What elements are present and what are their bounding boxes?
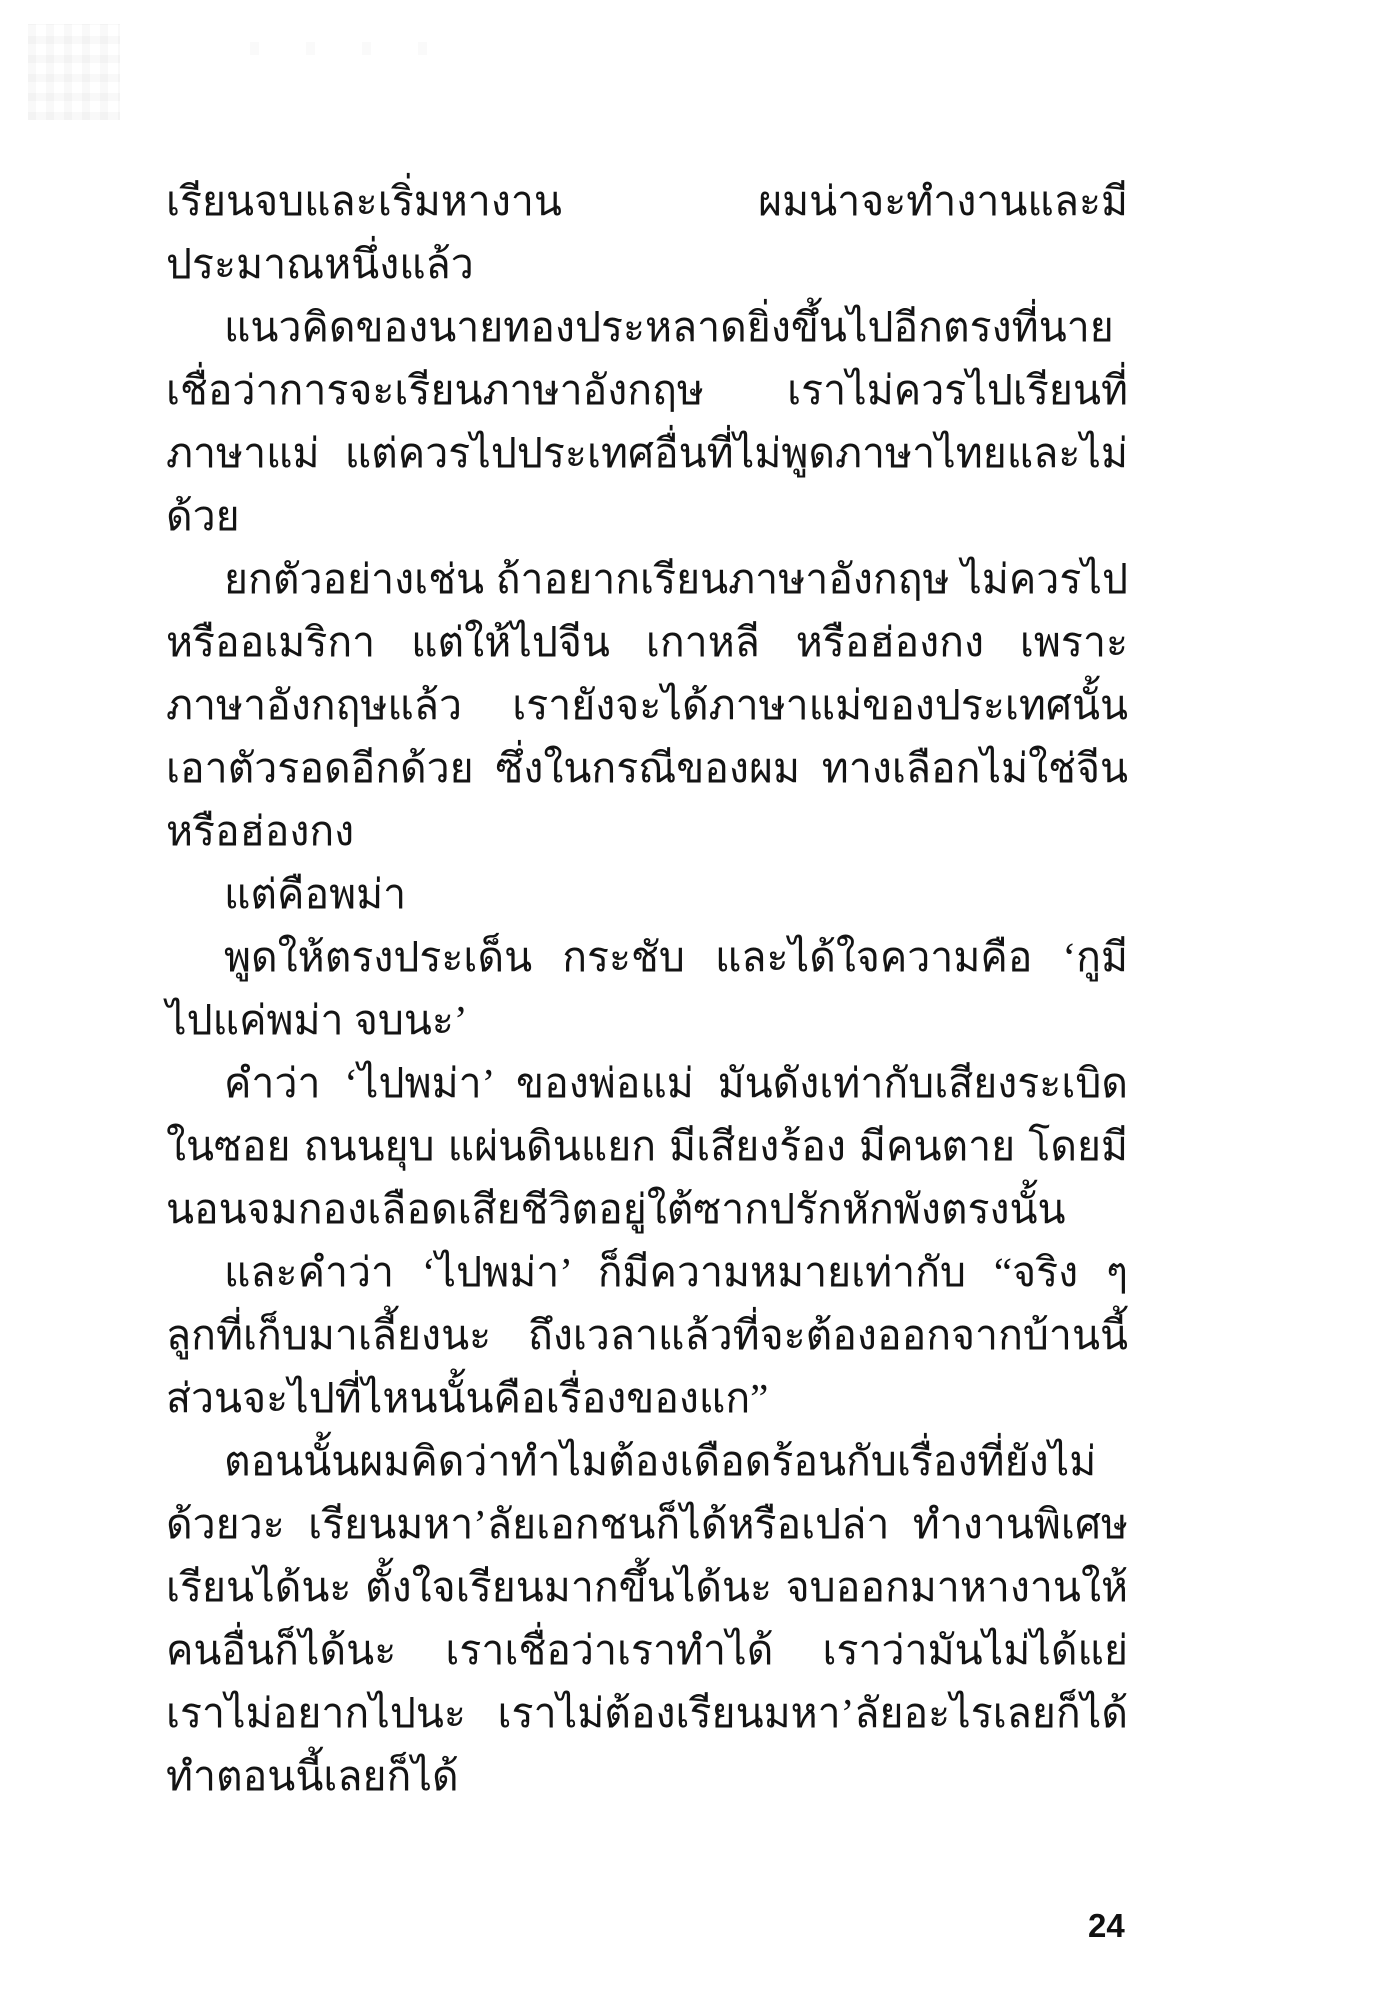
book-page: เรียนจบและเริ่มหางาน ผมน่าจะทำงานและมีปร…: [0, 0, 1400, 2016]
text-line: ด้วยวะ เรียนมหา’ลัยเอกชนก็ได้หรือเปล่า ท…: [166, 1493, 1128, 1556]
text-line: แต่คือพม่า: [166, 863, 1128, 926]
scan-artifact: [250, 42, 259, 55]
text-line: คำว่า ‘ไปพม่า’ ของพ่อแม่ มันดังเท่ากับเส…: [166, 1052, 1128, 1115]
text-line: ลูกที่เก็บมาเลี้ยงนะ ถึงเวลาแล้วที่จะต้อ…: [166, 1304, 1128, 1367]
text-line: ในซอย ถนนยุบ แผ่นดินแยก มีเสียงร้อง มีคน…: [166, 1115, 1128, 1178]
text-line: คนอื่นก็ได้นะ เราเชื่อว่าเราทำได้ เราว่า…: [166, 1619, 1128, 1682]
text-line: และคำว่า ‘ไปพม่า’ ก็มีความหมายเท่ากับ “จ…: [166, 1241, 1128, 1304]
text-line: ภาษาแม่ แต่ควรไปประเทศอื่นที่ไม่พูดภาษาไ…: [166, 422, 1128, 485]
text-line: ตอนนั้นผมคิดว่าทำไมต้องเดือดร้อนกับเรื่อ…: [166, 1430, 1128, 1493]
text-line: เรียนจบและเริ่มหางาน ผมน่าจะทำงานและมีปร…: [166, 170, 1128, 233]
text-line: ส่วนจะไปที่ไหนนั้นคือเรื่องของแก”: [166, 1367, 1128, 1430]
scan-artifact: [28, 24, 120, 120]
text-line: แนวคิดของนายทองประหลาดยิ่งขึ้นไปอีกตรงที…: [166, 296, 1128, 359]
text-line: หรืออเมริกา แต่ให้ไปจีน เกาหลี หรือฮ่องก…: [166, 611, 1128, 674]
text-line: ด้วย: [166, 485, 1128, 548]
text-line: เอาตัวรอดอีกด้วย ซึ่งในกรณีของผม ทางเลือ…: [166, 737, 1128, 800]
text-line: ทำตอนนี้เลยก็ได้: [166, 1745, 1128, 1808]
text-line: เราไม่อยากไปนะ เราไม่ต้องเรียนมหา’ลัยอะไ…: [166, 1682, 1128, 1745]
text-line: หรือฮ่องกง: [166, 800, 1128, 863]
scan-artifact: [418, 42, 427, 55]
text-line: เชื่อว่าการจะเรียนภาษาอังกฤษ เราไม่ควรไป…: [166, 359, 1128, 422]
body-text: เรียนจบและเริ่มหางาน ผมน่าจะทำงานและมีปร…: [166, 170, 1128, 1808]
text-line: ประมาณหนึ่งแล้ว: [166, 233, 1128, 296]
text-line: ยกตัวอย่างเช่น ถ้าอยากเรียนภาษาอังกฤษ ไม…: [166, 548, 1128, 611]
text-line: นอนจมกองเลือดเสียชีวิตอยู่ใต้ซากปรักหักพ…: [166, 1178, 1128, 1241]
text-line: ภาษาอังกฤษแล้ว เรายังจะได้ภาษาแม่ของประเ…: [166, 674, 1128, 737]
text-line: ไปแค่พม่า จบนะ’: [166, 989, 1128, 1052]
page-number: 24: [1088, 1906, 1125, 1946]
text-line: เรียนได้นะ ตั้งใจเรียนมากขึ้นได้นะ จบออก…: [166, 1556, 1128, 1619]
scan-artifact: [306, 42, 315, 55]
text-line: พูดให้ตรงประเด็น กระชับ และได้ใจความคือ …: [166, 926, 1128, 989]
scan-artifact: [362, 42, 371, 55]
